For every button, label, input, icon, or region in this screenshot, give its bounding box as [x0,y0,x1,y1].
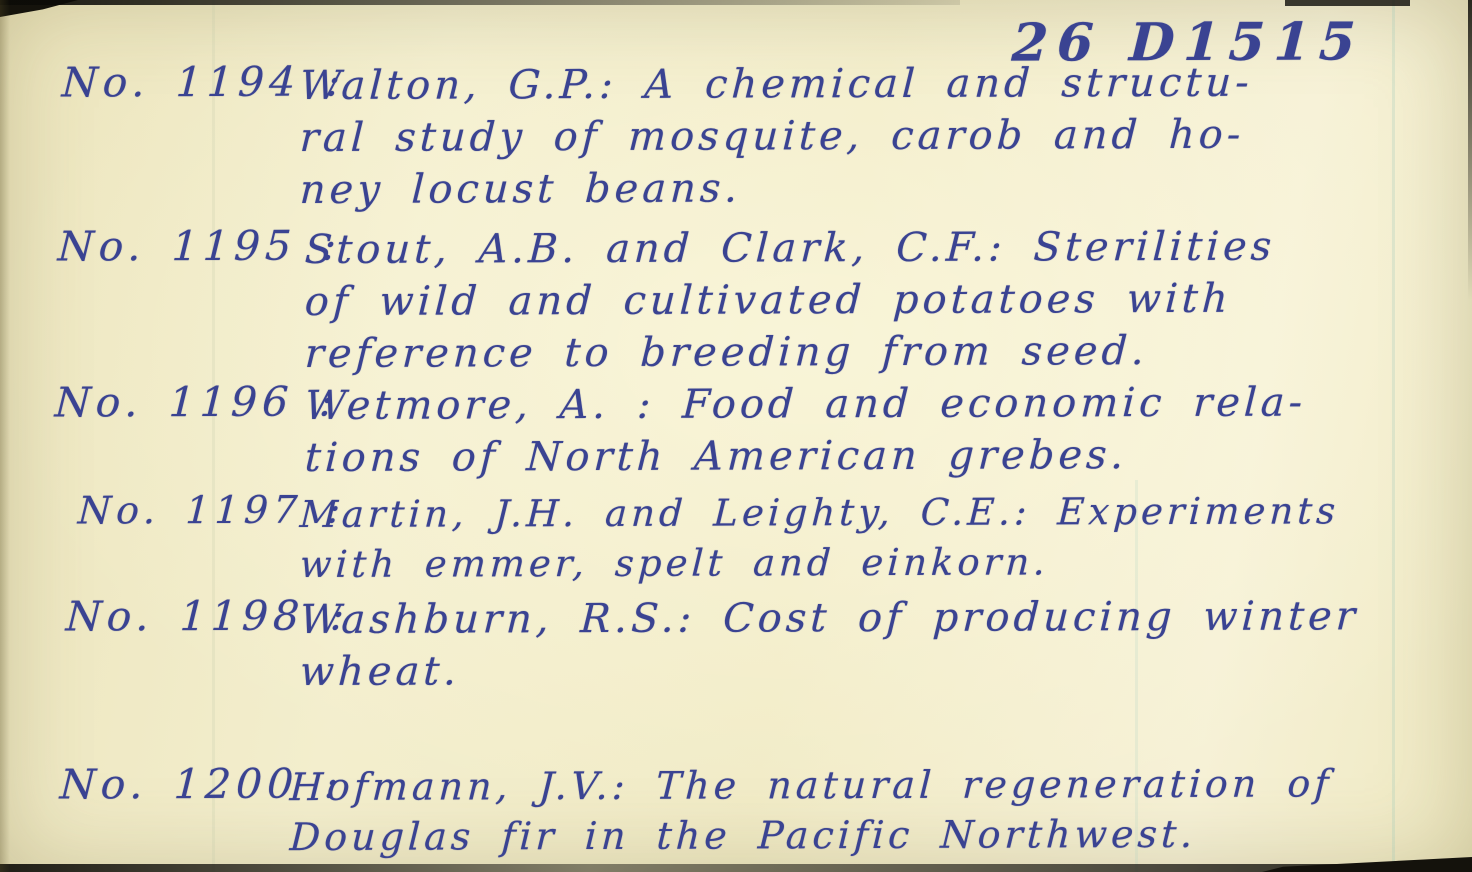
entry-1198: No. 1198 : Washburn, R.S.: Cost of produ… [0,592,1472,696]
entry-1200: No. 1200 : Hofmann, J.V.: The natural re… [0,760,1472,860]
entry-text-line: Stout, A.B. and Clark, C.F.: Sterilities [304,220,1472,276]
entry-number: No. 1195 : [57,222,342,271]
photo-edge-shadow [0,0,78,17]
entry-text-line: ney locust beans. [299,160,1472,216]
photo-edge-shadow [0,864,1472,872]
entry-text-line: Douglas fir in the Pacific Northwest. [289,808,1472,862]
entry-text-line: Washburn, R.S.: Cost of producing winter [299,590,1472,646]
entry-text-line: Wetmore, A. : Food and economic rela- [304,376,1472,432]
entry-1194: No. 1194 : Walton, G.P.: A chemical and … [0,58,1472,214]
entry-1196: No. 1196 : Wetmore, A. : Food and econom… [0,378,1472,482]
entry-text-line: of wild and cultivated potatoes with [304,272,1472,328]
photo-edge-shadow [1285,0,1410,6]
entry-number: No. 1196 : [54,378,339,427]
entry-text-line: tions of North American grebes. [304,428,1472,484]
entry-1195: No. 1195 : Stout, A.B. and Clark, C.F.: … [0,222,1472,378]
entry-text-line: reference to breeding from seed. [304,324,1472,380]
entry-text-line: Walton, G.P.: A chemical and structu- [299,56,1472,112]
entry-1197: No. 1197 : Martin, J.H. and Leighty, C.E… [0,488,1472,588]
index-card: 26 D1515 No. 1194 : Walton, G.P.: A chem… [0,0,1472,872]
entry-text-line: wheat. [299,642,1472,698]
entry-text-line: Hofmann, J.V.: The natural regeneration … [289,758,1472,812]
entry-text-line: ral study of mosquite, carob and ho- [299,108,1472,164]
entry-text-line: with emmer, spelt and einkorn. [299,536,1472,590]
entry-text-line: Martin, J.H. and Leighty, C.E.: Experime… [299,486,1472,540]
photo-edge-shadow [0,0,960,5]
